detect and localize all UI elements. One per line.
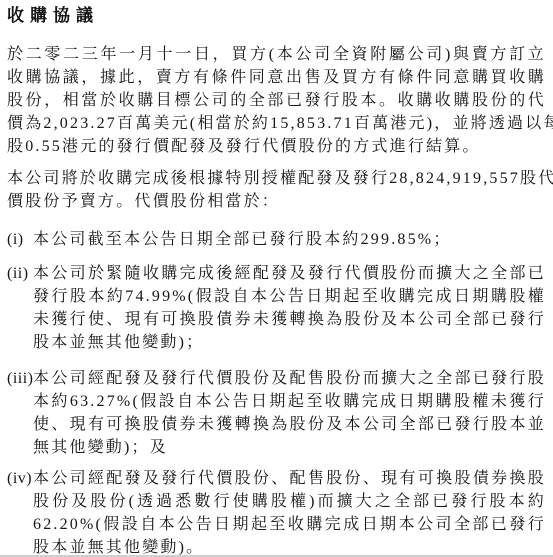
list-item-line: 發行股本約74.99%(假設自本公告日期起至收購完成日期購股權 xyxy=(33,285,546,308)
paragraph-line: 價為2,023.27百萬美元(相當於約15,853.71百萬港元)，並將透過以每 xyxy=(7,112,546,135)
list-item-line: 本公司經配發及發行代價股份、配售股份、現有可換股債券換股 xyxy=(33,467,546,490)
list-item-line: 使、現有可換股債券未獲轉換為股份及本公司全部已發行股本並 xyxy=(33,413,546,436)
paragraph-line: 收購協議，據此，賣方有條件同意出售及買方有條件同意購買收購 xyxy=(7,66,546,89)
paragraph-line: 股0.55港元的發行價配發及發行代價股份的方式進行結算。 xyxy=(7,135,546,158)
list-item-iii: (iii) 本公司經配發及發行代價股份及配售股份而擴大之全部已發行股 本約63.… xyxy=(7,367,546,459)
list-item-line: 股本並無其他變動)； xyxy=(33,331,546,354)
list-item-line: 無其他變動)；及 xyxy=(33,436,546,459)
paragraph-line: 於二零二三年一月十一日，買方(本公司全資附屬公司)與賣方訂立 xyxy=(7,43,546,66)
list-item-marker: (ii) xyxy=(7,262,29,285)
list-item-line: 本公司於緊隨收購完成後經配發及發行代價股份而擴大之全部已 xyxy=(33,262,546,285)
list-item-line: 本公司經配發及發行代價股份及配售股份而擴大之全部已發行股 xyxy=(33,367,546,390)
paragraph-line: 價股份予賣方。代價股份相當於： xyxy=(7,190,546,213)
list-item-line: 62.20%(假設自本公告日期起至收購完成日期本公司全部已發行 xyxy=(33,513,546,536)
list-item-line: 股本並無其他變動)。 xyxy=(33,536,546,557)
document-heading: 收購協議 xyxy=(7,6,546,26)
paragraph-line: 股份，相當於收購目標公司的全部已發行股本。收購收購股份的代 xyxy=(7,89,546,112)
list-item-marker: (i) xyxy=(7,228,24,251)
list-item-i: (i) 本公司截至本公告日期全部已發行股本約299.85%； xyxy=(7,228,546,251)
list-item-marker: (iv) xyxy=(7,467,32,490)
announcement-document: 收購協議 於二零二三年一月十一日，買方(本公司全資附屬公司)與賣方訂立 收購協議… xyxy=(0,0,553,557)
list-item-line: 股份及股份(透過悉數行使購股權)而擴大之全部已發行股本約 xyxy=(33,490,546,513)
paragraph-line: 本公司將於收購完成後根據特別授權配發及發行28,824,919,557股代 xyxy=(7,167,546,190)
list-item-line: 未獲行使、現有可換股債券未獲轉換為股份及本公司全部已發行 xyxy=(33,308,546,331)
list-item-line: 本公司截至本公告日期全部已發行股本約299.85%； xyxy=(33,228,546,251)
list-item-marker: (iii) xyxy=(7,367,34,390)
paragraph-agreement-terms: 於二零二三年一月十一日，買方(本公司全資附屬公司)與賣方訂立 收購協議，據此，賣… xyxy=(7,43,546,158)
list-item-ii: (ii) 本公司於緊隨收購完成後經配發及發行代價股份而擴大之全部已 發行股本約7… xyxy=(7,262,546,354)
paragraph-consideration-shares: 本公司將於收購完成後根據特別授權配發及發行28,824,919,557股代 價股… xyxy=(7,167,546,213)
list-item-iv: (iv) 本公司經配發及發行代價股份、配售股份、現有可換股債券換股 股份及股份(… xyxy=(7,467,546,557)
list-item-line: 本約63.27%(假設自本公告日期起至收購完成日期購股權未獲行 xyxy=(33,390,546,413)
